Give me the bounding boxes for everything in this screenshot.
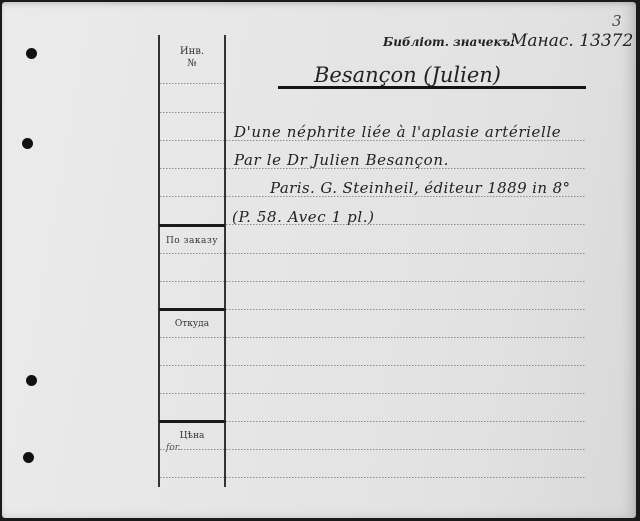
ruled-line [160,140,224,141]
inventory-number-label: № [160,58,224,69]
ruled-line [160,168,224,169]
ruled-line [160,365,224,366]
ruled-line [160,112,224,113]
ruled-line [160,337,224,338]
ruled-line [226,421,586,422]
collation-line: (P. 58. Avec 1 pl.) [232,208,375,226]
ruled-line [226,449,586,450]
source-label: Откуда [160,319,224,329]
punch-hole-icon [26,48,37,59]
ruled-line [226,253,586,254]
ruled-line [160,253,224,254]
ruled-line [226,337,586,338]
imprint-line: Paris. G. Steinheil, éditeur 1889 in 8° [270,179,570,197]
ruled-line [160,281,224,282]
section-divider [159,224,225,227]
price-note: for. [166,443,181,453]
punch-hole-icon [22,138,33,149]
price-label: Цѣна [160,431,224,441]
ruled-line [226,393,586,394]
section-divider [159,308,225,311]
ruled-line [160,477,224,478]
ruled-line [160,449,224,450]
library-mark-value: Манас. 13372 [510,31,633,51]
inventory-label: Инв. [160,46,224,57]
ruled-line [226,281,586,282]
title-line-1: D'une néphrite liée à l'aplasie artériel… [234,123,561,141]
ruled-line [226,309,586,310]
ruled-line [226,365,586,366]
ruled-line [160,393,224,394]
ruled-line [160,196,224,197]
catalog-card: Библіот. значекъ: Манас. 13372 3 Besanço… [2,2,636,518]
punch-hole-icon [26,375,37,386]
library-mark-label: Библіот. значекъ: [383,35,515,49]
author-line: Par le Dr Julien Besançon. [234,151,449,169]
overwritten-digit: 3 [612,12,622,30]
section-divider [159,420,225,423]
heading-underline [278,86,586,89]
ruled-line [160,83,224,84]
punch-hole-icon [23,452,34,463]
author-heading: Besançon (Julien) [314,63,501,87]
order-label: По заказу [160,236,224,246]
ruled-line [226,477,586,478]
